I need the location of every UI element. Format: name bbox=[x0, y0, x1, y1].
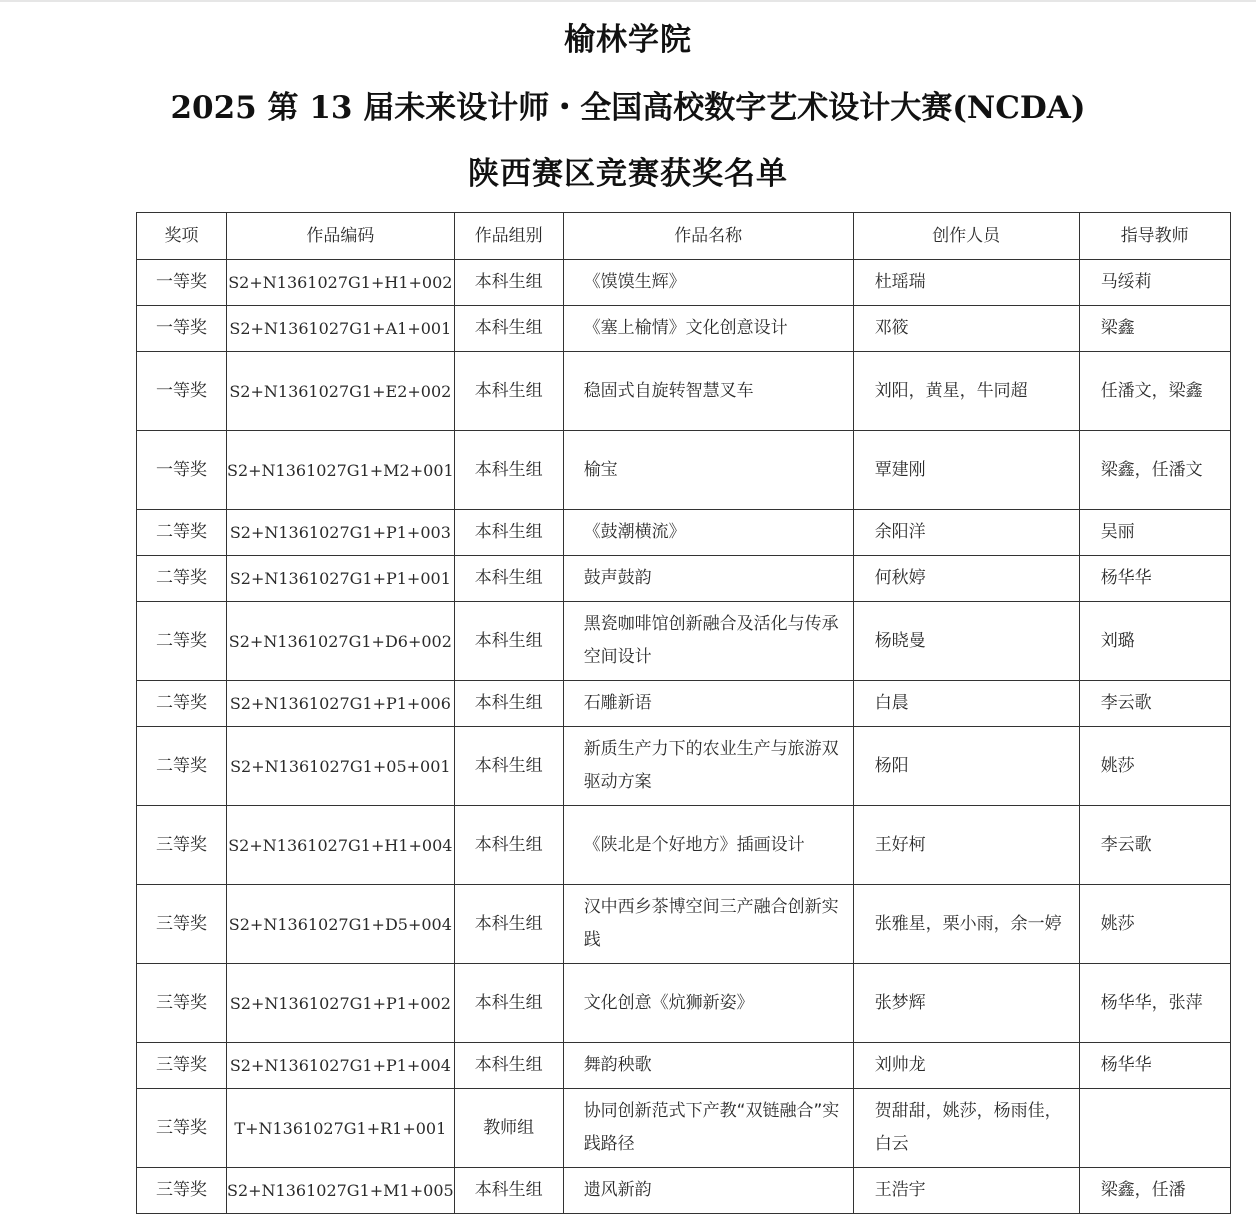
award-cell: 二等奖 bbox=[137, 681, 227, 727]
work-name-cell: 榆宝 bbox=[563, 431, 853, 510]
code-cell: S2+N1361027G1+H1+002 bbox=[227, 260, 455, 306]
creators-cell: 贺甜甜，姚莎，杨雨佳，白云 bbox=[853, 1089, 1079, 1168]
teachers-cell: 马绥莉 bbox=[1079, 260, 1230, 306]
table-row: 二等奖S2+N1361027G1+P1+001本科生组鼓声鼓韵何秋婷杨华华 bbox=[137, 556, 1231, 602]
table-row: 三等奖S2+N1361027G1+D5+004本科生组汉中西乡茶博空间三产融合创… bbox=[137, 885, 1231, 964]
header-teachers: 指导教师 bbox=[1079, 213, 1230, 260]
table-row: 二等奖S2+N1361027G1+05+001本科生组新质生产力下的农业生产与旅… bbox=[137, 727, 1231, 806]
award-cell: 一等奖 bbox=[137, 306, 227, 352]
header-award: 奖项 bbox=[137, 213, 227, 260]
table-row: 三等奖S2+N1361027G1+H1+004本科生组《陕北是个好地方》插画设计… bbox=[137, 806, 1231, 885]
work-name-cell: 《陕北是个好地方》插画设计 bbox=[563, 806, 853, 885]
work-name-cell: 《塞上榆情》文化创意设计 bbox=[563, 306, 853, 352]
award-cell: 三等奖 bbox=[137, 964, 227, 1043]
code-cell: S2+N1361027G1+P1+002 bbox=[227, 964, 455, 1043]
award-cell: 二等奖 bbox=[137, 727, 227, 806]
group-cell: 本科生组 bbox=[454, 1043, 563, 1089]
creators-cell: 刘阳，黄星，牛同超 bbox=[853, 352, 1079, 431]
group-cell: 本科生组 bbox=[454, 1168, 563, 1214]
header-work-name: 作品名称 bbox=[563, 213, 853, 260]
creators-cell: 张雅星，栗小雨，余一婷 bbox=[853, 885, 1079, 964]
table-row: 一等奖S2+N1361027G1+E2+002本科生组稳固式自旋转智慧叉车刘阳，… bbox=[137, 352, 1231, 431]
code-cell: S2+N1361027G1+H1+004 bbox=[227, 806, 455, 885]
awards-table: 奖项 作品编码 作品组别 作品名称 创作人员 指导教师 一等奖S2+N13610… bbox=[136, 212, 1231, 1214]
group-cell: 本科生组 bbox=[454, 260, 563, 306]
award-cell: 三等奖 bbox=[137, 1043, 227, 1089]
award-cell: 一等奖 bbox=[137, 352, 227, 431]
page-top-border bbox=[0, 0, 1256, 2]
teachers-cell: 杨华华，张萍 bbox=[1079, 964, 1230, 1043]
teachers-cell: 任潘文，梁鑫 bbox=[1079, 352, 1230, 431]
code-cell: S2+N1361027G1+M1+005 bbox=[227, 1168, 455, 1214]
group-cell: 本科生组 bbox=[454, 885, 563, 964]
teachers-cell: 姚莎 bbox=[1079, 885, 1230, 964]
code-cell: S2+N1361027G1+05+001 bbox=[227, 727, 455, 806]
table-row: 二等奖S2+N1361027G1+D6+002本科生组黑瓷咖啡馆创新融合及活化与… bbox=[137, 602, 1231, 681]
creators-cell: 何秋婷 bbox=[853, 556, 1079, 602]
work-name-cell: 黑瓷咖啡馆创新融合及活化与传承空间设计 bbox=[563, 602, 853, 681]
award-cell: 二等奖 bbox=[137, 602, 227, 681]
awards-table-body: 一等奖S2+N1361027G1+H1+002本科生组《馍馍生辉》杜瑶瑞马绥莉一… bbox=[137, 260, 1231, 1214]
work-name-cell: 《馍馍生辉》 bbox=[563, 260, 853, 306]
teachers-cell: 梁鑫 bbox=[1079, 306, 1230, 352]
teachers-cell bbox=[1079, 1089, 1230, 1168]
code-cell: S2+N1361027G1+P1+006 bbox=[227, 681, 455, 727]
teachers-cell: 梁鑫，任潘 bbox=[1079, 1168, 1230, 1214]
table-row: 三等奖S2+N1361027G1+P1+002本科生组文化创意《炕狮新姿》张梦辉… bbox=[137, 964, 1231, 1043]
group-cell: 本科生组 bbox=[454, 602, 563, 681]
code-cell: S2+N1361027G1+P1+003 bbox=[227, 510, 455, 556]
group-cell: 本科生组 bbox=[454, 431, 563, 510]
table-row: 三等奖T+N1361027G1+R1+001教师组协同创新范式下产教“双链融合”… bbox=[137, 1089, 1231, 1168]
award-cell: 三等奖 bbox=[137, 1089, 227, 1168]
table-row: 一等奖S2+N1361027G1+A1+001本科生组《塞上榆情》文化创意设计邓… bbox=[137, 306, 1231, 352]
table-header-row: 奖项 作品编码 作品组别 作品名称 创作人员 指导教师 bbox=[137, 213, 1231, 260]
group-cell: 本科生组 bbox=[454, 964, 563, 1043]
table-row: 二等奖S2+N1361027G1+P1+006本科生组石雕新语白晨李云歌 bbox=[137, 681, 1231, 727]
creators-cell: 杜瑶瑞 bbox=[853, 260, 1079, 306]
award-cell: 一等奖 bbox=[137, 431, 227, 510]
work-name-cell: 鼓声鼓韵 bbox=[563, 556, 853, 602]
table-row: 一等奖S2+N1361027G1+H1+002本科生组《馍馍生辉》杜瑶瑞马绥莉 bbox=[137, 260, 1231, 306]
table-row: 一等奖S2+N1361027G1+M2+001本科生组榆宝覃建刚梁鑫，任潘文 bbox=[137, 431, 1231, 510]
table-row: 三等奖S2+N1361027G1+M1+005本科生组遗风新韵王浩宇梁鑫，任潘 bbox=[137, 1168, 1231, 1214]
list-title: 陕西赛区竞赛获奖名单 bbox=[0, 148, 1256, 193]
teachers-cell: 吴丽 bbox=[1079, 510, 1230, 556]
header-creators: 创作人员 bbox=[853, 213, 1079, 260]
teachers-cell: 姚莎 bbox=[1079, 727, 1230, 806]
teachers-cell: 李云歌 bbox=[1079, 806, 1230, 885]
table-row: 三等奖S2+N1361027G1+P1+004本科生组舞韵秧歌刘帅龙杨华华 bbox=[137, 1043, 1231, 1089]
award-cell: 三等奖 bbox=[137, 806, 227, 885]
work-name-cell: 稳固式自旋转智慧叉车 bbox=[563, 352, 853, 431]
work-name-cell: 石雕新语 bbox=[563, 681, 853, 727]
code-cell: S2+N1361027G1+P1+001 bbox=[227, 556, 455, 602]
group-cell: 本科生组 bbox=[454, 352, 563, 431]
group-cell: 本科生组 bbox=[454, 727, 563, 806]
work-name-cell: 汉中西乡茶博空间三产融合创新实践 bbox=[563, 885, 853, 964]
creators-cell: 张梦辉 bbox=[853, 964, 1079, 1043]
creators-cell: 刘帅龙 bbox=[853, 1043, 1079, 1089]
award-cell: 二等奖 bbox=[137, 510, 227, 556]
creators-cell: 杨晓曼 bbox=[853, 602, 1079, 681]
group-cell: 教师组 bbox=[454, 1089, 563, 1168]
group-cell: 本科生组 bbox=[454, 681, 563, 727]
creators-cell: 杨阳 bbox=[853, 727, 1079, 806]
group-cell: 本科生组 bbox=[454, 306, 563, 352]
award-cell: 三等奖 bbox=[137, 1168, 227, 1214]
code-cell: S2+N1361027G1+A1+001 bbox=[227, 306, 455, 352]
competition-title: 2025 第 13 届未来设计师・全国高校数字艺术设计大赛(NCDA) bbox=[0, 82, 1256, 127]
header-group: 作品组别 bbox=[454, 213, 563, 260]
group-cell: 本科生组 bbox=[454, 510, 563, 556]
creators-cell: 余阳洋 bbox=[853, 510, 1079, 556]
group-cell: 本科生组 bbox=[454, 556, 563, 602]
creators-cell: 邓筱 bbox=[853, 306, 1079, 352]
teachers-cell: 李云歌 bbox=[1079, 681, 1230, 727]
school-title: 榆林学院 bbox=[0, 14, 1256, 59]
code-cell: S2+N1361027G1+E2+002 bbox=[227, 352, 455, 431]
teachers-cell: 杨华华 bbox=[1079, 556, 1230, 602]
work-name-cell: 舞韵秧歌 bbox=[563, 1043, 853, 1089]
work-name-cell: 协同创新范式下产教“双链融合”实践路径 bbox=[563, 1089, 853, 1168]
work-name-cell: 文化创意《炕狮新姿》 bbox=[563, 964, 853, 1043]
creators-cell: 覃建刚 bbox=[853, 431, 1079, 510]
group-cell: 本科生组 bbox=[454, 806, 563, 885]
code-cell: S2+N1361027G1+D5+004 bbox=[227, 885, 455, 964]
code-cell: S2+N1361027G1+M2+001 bbox=[227, 431, 455, 510]
award-cell: 一等奖 bbox=[137, 260, 227, 306]
code-cell: S2+N1361027G1+D6+002 bbox=[227, 602, 455, 681]
award-cell: 三等奖 bbox=[137, 885, 227, 964]
work-name-cell: 遗风新韵 bbox=[563, 1168, 853, 1214]
teachers-cell: 梁鑫，任潘文 bbox=[1079, 431, 1230, 510]
creators-cell: 王浩宇 bbox=[853, 1168, 1079, 1214]
table-row: 二等奖S2+N1361027G1+P1+003本科生组《鼓潮横流》余阳洋吴丽 bbox=[137, 510, 1231, 556]
teachers-cell: 杨华华 bbox=[1079, 1043, 1230, 1089]
teachers-cell: 刘璐 bbox=[1079, 602, 1230, 681]
code-cell: S2+N1361027G1+P1+004 bbox=[227, 1043, 455, 1089]
work-name-cell: 《鼓潮横流》 bbox=[563, 510, 853, 556]
creators-cell: 白晨 bbox=[853, 681, 1079, 727]
header-code: 作品编码 bbox=[227, 213, 455, 260]
work-name-cell: 新质生产力下的农业生产与旅游双驱动方案 bbox=[563, 727, 853, 806]
creators-cell: 王好柯 bbox=[853, 806, 1079, 885]
code-cell: T+N1361027G1+R1+001 bbox=[227, 1089, 455, 1168]
award-cell: 二等奖 bbox=[137, 556, 227, 602]
